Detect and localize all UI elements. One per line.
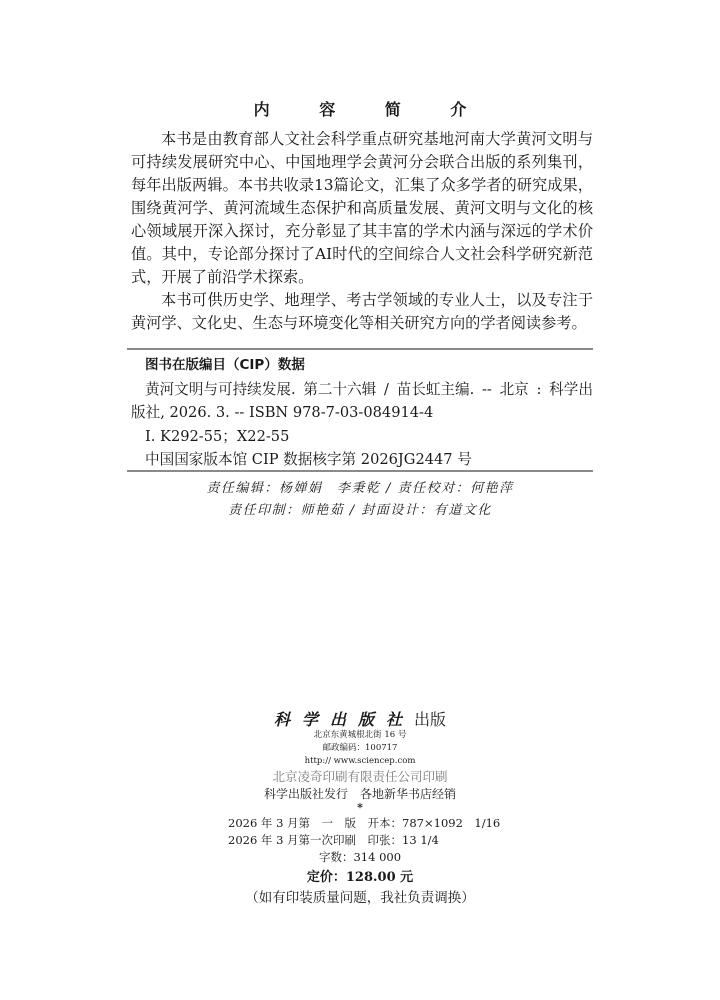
page-title: 内 容 简 介 [0, 97, 720, 120]
printing-line: 2026 年 3 月第一次印刷 印张：13 1/4 [228, 832, 439, 849]
publisher-suffix: 出版 [414, 710, 446, 729]
publisher-postcode: 邮政编码：100717 [0, 742, 720, 755]
cip-book-title: 黄河文明与可持续发展. [145, 378, 296, 402]
price: 定价：128.00 元 [0, 866, 720, 885]
cip-dash: -- [482, 378, 492, 402]
printer-line: 北京凌奇印刷有限责任公司印刷 [0, 767, 720, 785]
separator-asterisk: * [0, 801, 720, 814]
summary-text: 本书是由教育部人文社会科学重点研究基地河南大学黄河文明与可持续发展研究中心、中国… [131, 128, 593, 335]
cip-heading: 图书在版编目（CIP）数据 [131, 354, 593, 378]
cip-classification: Ⅰ. K292-55；X22-55 [131, 425, 593, 449]
summary-paragraph: 本书可供历史学、地理学、考古学领域的专业人士，以及专注于黄河学、文化史、生态与环… [131, 289, 593, 335]
staff-credits: 责任编辑：杨婵娟 李秉乾 / 责任校对：何艳萍 责任印制：师艳茹 / 封面设计：… [0, 478, 720, 522]
publisher-address: 北京东黄城根北街 16 号 [0, 729, 720, 742]
quality-notice: （如有印装质量问题，我社负责调换） [0, 886, 720, 906]
cip-slash: / [384, 378, 389, 402]
cip-volume: 第二十六辑 [303, 378, 376, 402]
cip-publisher-start: 科学出 [549, 378, 593, 402]
edition-line: 2026 年 3 月第 一 版 开本：787×1092 1/16 [228, 815, 500, 832]
cip-title-line: 黄河文明与可持续发展. 第二十六辑 / 苗长虹主编. -- 北京 : 科学出 [131, 378, 593, 402]
divider-top [127, 348, 593, 350]
staff-line-production: 责任印制：师艳茹 / 封面设计：有道文化 [0, 500, 720, 522]
publisher-logo-calligraphy: 科学出版社 [274, 710, 414, 729]
cip-isbn-line: 版社, 2026. 3. -- ISBN 978-7-03-084914-4 [131, 401, 593, 425]
cip-check-number: 中国国家版本馆 CIP 数据核字第 2026JG2447 号 [131, 448, 593, 472]
cip-colon: : [536, 378, 541, 402]
cip-place: 北京 [500, 378, 529, 402]
summary-paragraph: 本书是由教育部人文社会科学重点研究基地河南大学黄河文明与可持续发展研究中心、中国… [131, 128, 593, 289]
publisher-line: 科学出版社出版 [0, 707, 720, 730]
word-count: 字数：314 000 [0, 849, 720, 865]
distribution-line: 科学出版社发行 各地新华书店经销 [0, 785, 720, 802]
cip-block: 图书在版编目（CIP）数据 黄河文明与可持续发展. 第二十六辑 / 苗长虹主编.… [131, 354, 593, 472]
cip-editor: 苗长虹主编. [397, 378, 475, 402]
staff-line-editors: 责任编辑：杨婵娟 李秉乾 / 责任校对：何艳萍 [0, 478, 720, 500]
divider-bottom [127, 470, 593, 472]
